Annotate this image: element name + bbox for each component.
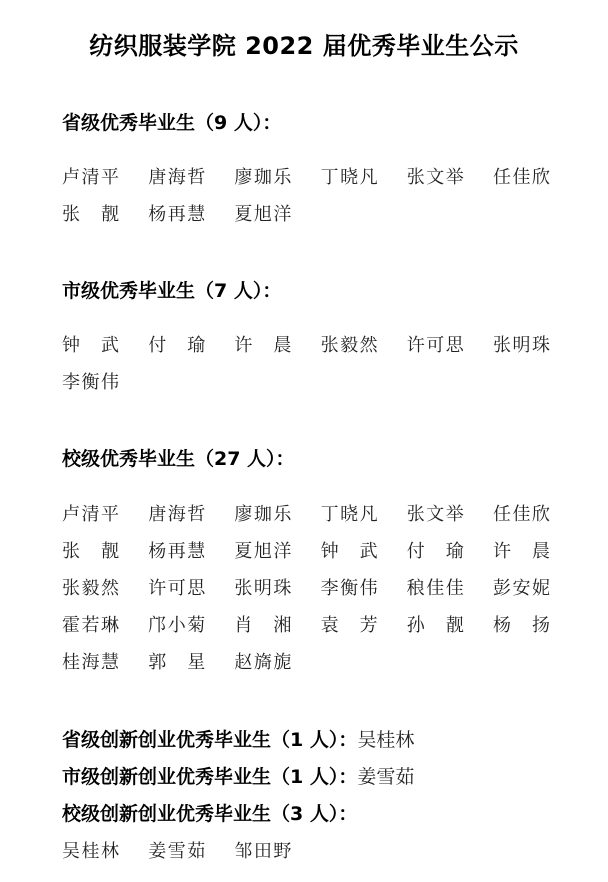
student-name: 许可思: [407, 333, 464, 359]
student-name: 夏旭洋: [234, 539, 291, 565]
student-name: 稂佳佳: [407, 576, 464, 602]
student-name: 霍若琳: [62, 613, 119, 639]
student-name: 卢清平: [62, 165, 119, 191]
innovation-heading-municipal-label: 市级创新创业优秀毕业生（1 人）：: [62, 766, 357, 788]
name-list-school: 卢清平唐海哲廖珈乐丁晓凡张文举任佳欣张靓杨再慧夏旭洋钟武付瑜许晨张毅然许可思张明…: [62, 502, 592, 687]
student-name: 赵旖旎: [234, 650, 291, 676]
name-row: 张毅然许可思张明珠李衡伟稂佳佳彭安妮: [62, 576, 592, 613]
name-row: 卢清平唐海哲廖珈乐丁晓凡张文举任佳欣: [62, 502, 592, 539]
name-row: 卢清平唐海哲廖珈乐丁晓凡张文举任佳欣: [62, 165, 592, 202]
name-row: 张靓杨再慧夏旭洋钟武付瑜许晨: [62, 539, 592, 576]
student-name: 张毅然: [321, 333, 378, 359]
student-name: 卢清平: [62, 502, 119, 528]
student-name: 张毅然: [62, 576, 119, 602]
student-name: 邝小菊: [148, 613, 205, 639]
student-name: 许晨: [234, 333, 291, 359]
student-name: 李衡伟: [62, 370, 119, 396]
name-list-provincial: 卢清平唐海哲廖珈乐丁晓凡张文举任佳欣张靓杨再慧夏旭洋: [62, 165, 592, 239]
student-name: 张明珠: [493, 333, 550, 359]
student-name: 付瑜: [407, 539, 464, 565]
student-name: 任佳欣: [493, 165, 550, 191]
student-name: 肖湘: [234, 613, 291, 639]
innovation-heading-provincial: 省级创新创业优秀毕业生（1 人）：吴桂林: [62, 727, 414, 753]
student-name: 钟武: [62, 333, 119, 359]
student-name: 桂海慧: [62, 650, 119, 676]
student-name: 杨再慧: [148, 202, 205, 228]
name-row: 霍若琳邝小菊肖湘袁芳孙靓杨扬: [62, 613, 592, 650]
name-list-municipal: 钟武付瑜许晨张毅然许可思张明珠李衡伟: [62, 333, 592, 407]
student-name: 丁晓凡: [321, 165, 378, 191]
name-row: 吴桂林姜雪茹邹田野: [62, 839, 592, 876]
student-name: 廖珈乐: [234, 165, 291, 191]
innovation-heading-provincial-label: 省级创新创业优秀毕业生（1 人）：: [62, 729, 357, 751]
student-name: 张文举: [407, 165, 464, 191]
section-heading-municipal: 市级优秀毕业生（7 人）：: [62, 278, 281, 304]
student-name: 邹田野: [234, 839, 291, 865]
innovation-municipal-name: 姜雪茹: [357, 766, 414, 788]
student-name: 郭星: [148, 650, 205, 676]
student-name: 张明珠: [234, 576, 291, 602]
student-name: 张文举: [407, 502, 464, 528]
student-name: 许晨: [493, 539, 550, 565]
name-row: 张靓杨再慧夏旭洋: [62, 202, 592, 239]
name-row: 钟武付瑜许晨张毅然许可思张明珠: [62, 333, 592, 370]
name-list-innovation-school: 吴桂林姜雪茹邹田野: [62, 839, 592, 876]
student-name: 杨扬: [493, 613, 550, 639]
student-name: 李衡伟: [321, 576, 378, 602]
student-name: 姜雪茹: [148, 839, 205, 865]
innovation-provincial-name: 吴桂林: [357, 729, 414, 751]
student-name: 廖珈乐: [234, 502, 291, 528]
student-name: 丁晓凡: [321, 502, 378, 528]
student-name: 唐海哲: [148, 165, 205, 191]
student-name: 任佳欣: [493, 502, 550, 528]
innovation-heading-school: 校级创新创业优秀毕业生（3 人）：: [62, 801, 357, 827]
section-heading-provincial: 省级优秀毕业生（9 人）：: [62, 110, 281, 136]
student-name: 袁芳: [321, 613, 378, 639]
name-row: 桂海慧郭星赵旖旎: [62, 650, 592, 687]
innovation-heading-municipal: 市级创新创业优秀毕业生（1 人）：姜雪茹: [62, 764, 414, 790]
student-name: 张靓: [62, 539, 119, 565]
student-name: 彭安妮: [493, 576, 550, 602]
student-name: 付瑜: [148, 333, 205, 359]
student-name: 杨再慧: [148, 539, 205, 565]
name-row: 李衡伟: [62, 370, 592, 407]
student-name: 许可思: [148, 576, 205, 602]
page-title: 纺织服装学院 2022 届优秀毕业生公示: [0, 28, 608, 64]
student-name: 唐海哲: [148, 502, 205, 528]
student-name: 钟武: [321, 539, 378, 565]
student-name: 张靓: [62, 202, 119, 228]
student-name: 吴桂林: [62, 839, 119, 865]
student-name: 夏旭洋: [234, 202, 291, 228]
student-name: 孙靓: [407, 613, 464, 639]
section-heading-school: 校级优秀毕业生（27 人）：: [62, 446, 295, 472]
